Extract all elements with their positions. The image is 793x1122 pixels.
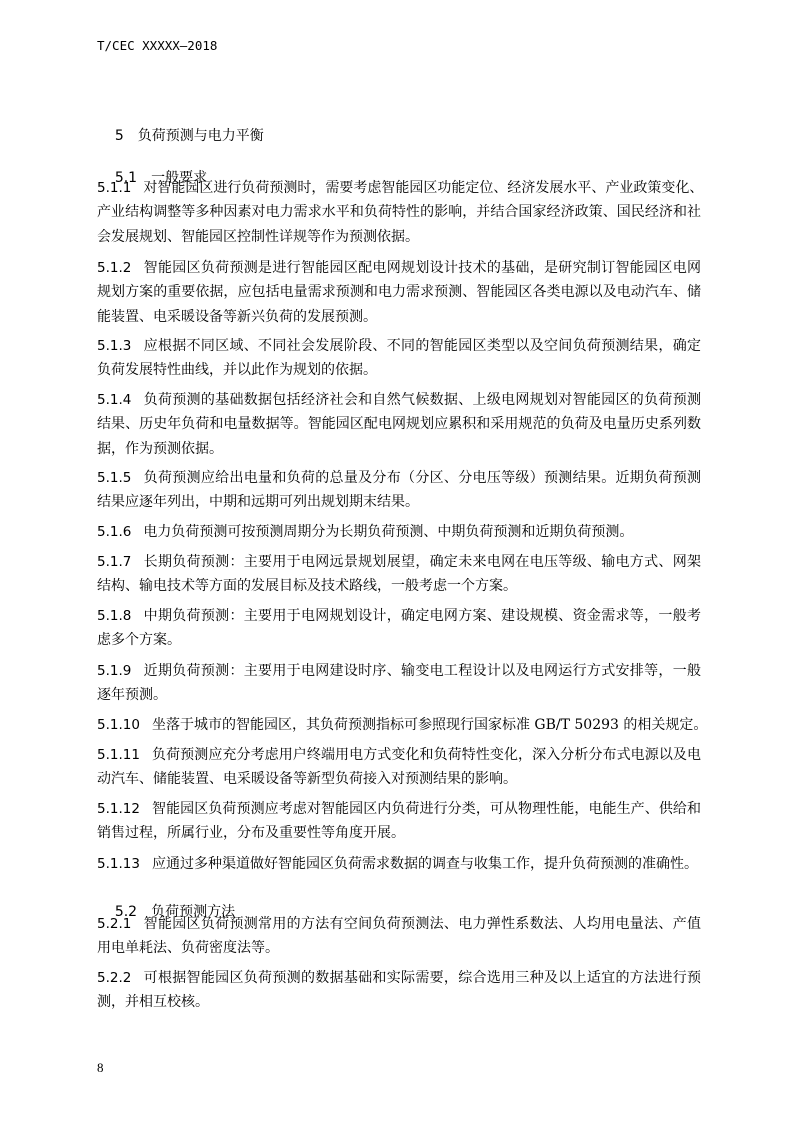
clause-text-line: 产业结构调整等多种因素对电力需求水平和负荷特性的影响，并结合国家经济政策、国民经… [97, 200, 701, 224]
clause-number: 5.1.3 [97, 338, 131, 354]
clause-text-line: 虑多个方案。 [97, 628, 701, 652]
document-page: T/CEC XXXXX—2018 5 负荷预测与电力平衡 5.1 一般要求 5.… [0, 0, 793, 1122]
clause-text-line: 长期负荷预测：主要用于电网远景规划展望，确定未来电网在电压等级、输电方式、网架 [143, 554, 701, 570]
page-number: 8 [97, 1060, 104, 1076]
clause-number: 5.1.11 [97, 747, 140, 763]
clause-number: 5.1.13 [97, 856, 140, 872]
clause-5-1-3: 5.1.3应根据不同区域、不同社会发展阶段、不同的智能园区类型以及空间负荷预测结… [97, 334, 701, 383]
clause-5-1-1: 5.1.1对智能园区进行负荷预测时，需要考虑智能园区功能定位、经济发展水平、产业… [97, 176, 701, 249]
clause-5-2-1: 5.2.1智能园区负荷预测常用的方法有空间负荷预测法、电力弹性系数法、人均用电量… [97, 912, 701, 961]
clause-text-line: 智能园区负荷预测常用的方法有空间负荷预测法、电力弹性系数法、人均用电量法、产值 [143, 916, 701, 932]
clause-text-line: 结果应逐年列出，中期和远期可列出规划期末结果。 [97, 490, 701, 514]
clause-5-1-2: 5.1.2智能园区负荷预测是进行智能园区配电网规划设计技术的基础，是研究制订智能… [97, 256, 701, 329]
clause-text-line: 动汽车、储能装置、电采暖设备等新型负荷接入对预测结果的影响。 [97, 767, 701, 791]
clause-number: 5.1.5 [97, 470, 131, 486]
clause-text-line: 应根据不同区域、不同社会发展阶段、不同的智能园区类型以及空间负荷预测结果，确定 [143, 338, 701, 354]
clause-text-line: 据，作为预测依据。 [97, 437, 701, 461]
clause-text-line: 销售过程，所属行业，分布及重要性等角度开展。 [97, 821, 701, 845]
clause-text-line: 对智能园区进行负荷预测时，需要考虑智能园区功能定位、经济发展水平、产业政策变化、 [143, 180, 703, 196]
clause-number: 5.1.9 [97, 663, 131, 679]
clause-number: 5.1.12 [97, 801, 140, 817]
clause-text-line: 负荷预测的基础数据包括经济社会和自然气候数据、上级电网规划对智能园区的负荷预测 [143, 392, 701, 408]
clause-text-line: 应通过多种渠道做好智能园区负荷需求数据的调查与收集工作，提升负荷预测的准确性。 [152, 856, 698, 872]
clause-text-line: 逐年预测。 [97, 683, 701, 707]
clause-text-line: 结构、输电技术等方面的发展目标及技术路线，一般考虑一个方案。 [97, 574, 701, 598]
clause-5-1-4: 5.1.4负荷预测的基础数据包括经济社会和自然气候数据、上级电网规划对智能园区的… [97, 388, 701, 461]
clause-5-1-6: 5.1.6电力负荷预测可按预测周期分为长期负荷预测、中期负荷预测和近期负荷预测。 [97, 520, 701, 544]
clause-text-line: 负荷预测应充分考虑用户终端用电方式变化和负荷特性变化，深入分析分布式电源以及电 [152, 747, 701, 763]
clause-number: 5.1.6 [97, 524, 131, 540]
clause-text-line: 智能园区负荷预测是进行智能园区配电网规划设计技术的基础，是研究制订智能园区电网 [143, 260, 701, 276]
clause-text-line: 中期负荷预测：主要用于电网规划设计，确定电网方案、建设规模、资金需求等，一般考 [143, 608, 701, 624]
clause-number: 5.1.4 [97, 392, 131, 408]
clause-text-line: 近期负荷预测：主要用于电网建设时序、输变电工程设计以及电网运行方式安排等，一般 [143, 663, 701, 679]
clause-text-line: 能装置、电采暖设备等新兴负荷的发展预测。 [97, 305, 701, 329]
clause-number: 5.2.1 [97, 916, 131, 932]
clause-5-1-7: 5.1.7长期负荷预测：主要用于电网远景规划展望，确定未来电网在电压等级、输电方… [97, 550, 701, 599]
clause-text-line: 电力负荷预测可按预测周期分为长期负荷预测、中期负荷预测和近期负荷预测。 [143, 524, 633, 540]
clause-5-1-12: 5.1.12智能园区负荷预测应考虑对智能园区内负荷进行分类，可从物理性能，电能生… [97, 797, 701, 846]
clause-text-line: 规划方案的重要依据，应包括电量需求预测和电力需求预测、智能园区各类电源以及电动汽… [97, 280, 701, 304]
clause-5-1-8: 5.1.8中期负荷预测：主要用于电网规划设计，确定电网方案、建设规模、资金需求等… [97, 604, 701, 653]
clause-text-line: 会发展规划、智能园区控制性详规等作为预测依据。 [97, 225, 701, 249]
clause-5-1-9: 5.1.9近期负荷预测：主要用于电网建设时序、输变电工程设计以及电网运行方式安排… [97, 659, 701, 708]
running-header: T/CEC XXXXX—2018 [97, 38, 217, 54]
clause-5-2-2: 5.2.2可根据智能园区负荷预测的数据基础和实际需要，综合选用三种及以上适宜的方… [97, 966, 701, 1015]
clause-text-line: 结果、历史年负荷和电量数据等。智能园区配电网规划应累积和采用规范的负荷及电量历史… [97, 412, 701, 436]
chapter-number: 5 [115, 127, 124, 145]
clause-5-1-13: 5.1.13应通过多种渠道做好智能园区负荷需求数据的调查与收集工作，提升负荷预测… [97, 852, 701, 876]
clause-number: 5.1.1 [97, 180, 131, 196]
clause-5-1-10: 5.1.10坐落于城市的智能园区，其负荷预测指标可参照现行国家标准 GB/T 5… [97, 713, 701, 737]
clause-text-line: 可根据智能园区负荷预测的数据基础和实际需要，综合选用三种及以上适宜的方法进行预 [143, 970, 701, 986]
clause-text-line: 坐落于城市的智能园区，其负荷预测指标可参照现行国家标准 GB/T 50293 的… [152, 717, 707, 733]
chapter-title: 负荷预测与电力平衡 [138, 128, 264, 144]
clause-text-line: 测，并相互校核。 [97, 990, 701, 1014]
clause-text-line: 负荷预测应给出电量和负荷的总量及分布（分区、分电压等级）预测结果。近期负荷预测 [143, 470, 701, 486]
clause-number: 5.1.2 [97, 260, 131, 276]
clause-5-1-5: 5.1.5负荷预测应给出电量和负荷的总量及分布（分区、分电压等级）预测结果。近期… [97, 466, 701, 515]
clause-text-line: 负荷发展特性曲线，并以此作为规划的依据。 [97, 358, 701, 382]
clause-text-line: 用电单耗法、负荷密度法等。 [97, 936, 701, 960]
clause-number: 5.1.7 [97, 554, 131, 570]
clause-number: 5.2.2 [97, 970, 131, 986]
clause-number: 5.1.10 [97, 717, 140, 733]
clause-number: 5.1.8 [97, 608, 131, 624]
clause-5-1-11: 5.1.11负荷预测应充分考虑用户终端用电方式变化和负荷特性变化，深入分析分布式… [97, 743, 701, 792]
clause-text-line: 智能园区负荷预测应考虑对智能园区内负荷进行分类，可从物理性能，电能生产、供给和 [152, 801, 701, 817]
